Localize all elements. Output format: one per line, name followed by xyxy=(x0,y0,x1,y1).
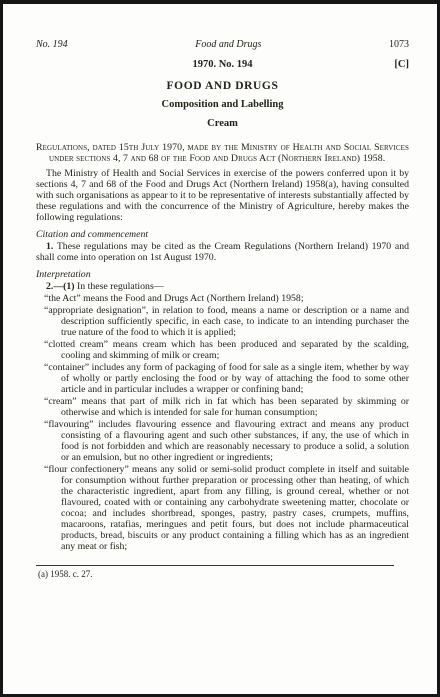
document-title: FOOD AND DRUGS xyxy=(36,81,409,92)
running-head-issue-number: No. 194 xyxy=(36,39,68,50)
section-heading-interpretation: Interpretation xyxy=(36,269,409,280)
page-content: No. 194 Food and Drugs 1073 1970. No. 19… xyxy=(36,39,409,580)
running-head: No. 194 Food and Drugs 1073 xyxy=(36,39,409,50)
regulation-2-number: 2.—(1) xyxy=(46,281,75,292)
footnote: (a) 1958. c. 27. xyxy=(36,569,409,580)
preamble: Regulations, dated 15th July 1970, made … xyxy=(36,142,409,164)
definition-cream: “cream” means that part of milk rich in … xyxy=(36,396,409,418)
definitions-list: “the Act” means the Food and Drugs Act (… xyxy=(36,293,409,552)
enacting-paragraph: The Ministry of Health and Social Servic… xyxy=(36,168,409,223)
definition-flour-confectionery: “flour confectionery” means any solid or… xyxy=(36,464,409,552)
footnote-block: (a) 1958. c. 27. xyxy=(36,565,409,580)
statutory-rule-number-line: 1970. No. 194 [C] xyxy=(36,59,409,70)
regulation-1-number: 1. xyxy=(46,241,53,252)
regulation-2: 2.—(1) In these regulations— xyxy=(36,281,409,292)
footnote-rule xyxy=(36,565,394,566)
document-subtitle: Composition and Labelling xyxy=(36,99,409,110)
running-head-title: Food and Drugs xyxy=(195,39,261,50)
definition-container: “container” includes any form of packagi… xyxy=(36,362,409,395)
definition-the-act: “the Act” means the Food and Drugs Act (… xyxy=(36,293,409,304)
regulation-1-text: These regulations may be cited as the Cr… xyxy=(36,241,409,263)
document-subject: Cream xyxy=(36,118,409,129)
scanned-document-page: No. 194 Food and Drugs 1073 1970. No. 19… xyxy=(0,0,440,697)
page-number: 1073 xyxy=(389,39,409,50)
regulation-2-text: In these regulations— xyxy=(77,281,164,292)
statutory-rule-number: 1970. No. 194 xyxy=(192,59,252,70)
definition-appropriate-designation: “appropriate designation”, in relation t… xyxy=(36,305,409,338)
regulation-1: 1. These regulations may be cited as the… xyxy=(36,241,409,263)
classification-mark: [C] xyxy=(394,59,409,70)
definition-flavouring: “flavouring” includes flavouring essence… xyxy=(36,419,409,463)
definition-clotted-cream: “clotted cream” means cream which has be… xyxy=(36,339,409,361)
section-heading-citation: Citation and commencement xyxy=(36,229,409,240)
